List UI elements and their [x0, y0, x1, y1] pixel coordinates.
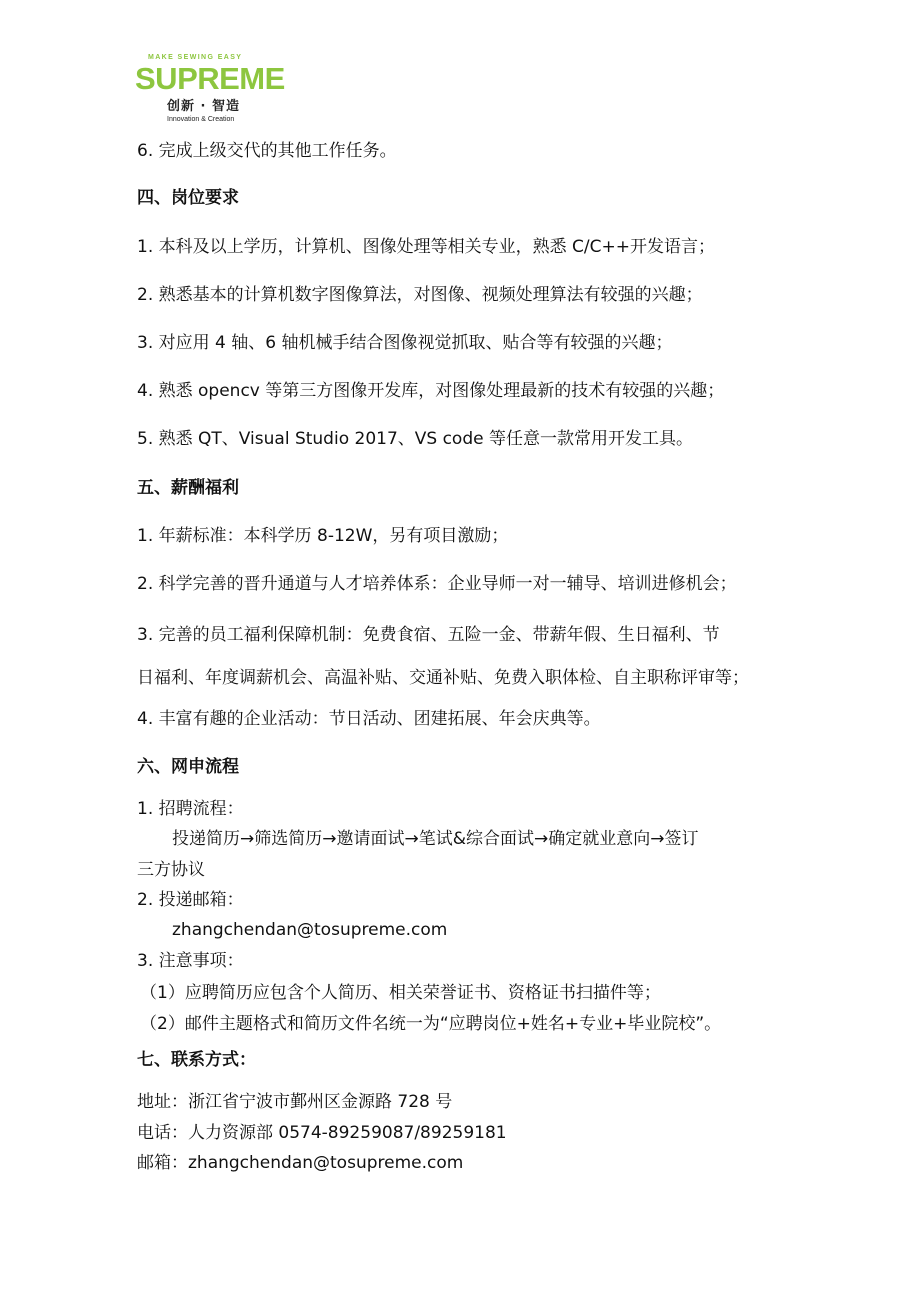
process-flow: 投递简历→筛选简历→邀请面试→笔试&综合面试→确定就业意向→签订	[172, 831, 698, 848]
process-flow-continued: 三方协议	[137, 862, 205, 879]
benefit-item: 1. 年薪标准：本科学历 8-12W，另有项目激励；	[137, 528, 508, 545]
contact-phone: 电话：人力资源部 0574-89259087/89259181	[137, 1125, 507, 1142]
logo-tagline: MAKE SEWING EASY	[148, 54, 242, 61]
contact-email[interactable]: 邮箱：zhangchendan@tosupreme.com	[137, 1155, 463, 1172]
contact-address: 地址：浙江省宁波市鄞州区金源路 728 号	[137, 1094, 452, 1111]
process-note: （2）邮件主题格式和简历文件名统一为“应聘岗位+姓名+专业+毕业院校”。	[140, 1016, 721, 1033]
benefit-item-continued: 日福利、年度调薪机会、高温补贴、交通补贴、免费入职体检、自主职称评审等；	[137, 670, 749, 687]
section-heading-process: 六、网申流程	[137, 759, 239, 776]
section-heading-contact: 七、联系方式：	[137, 1052, 256, 1069]
process-step-label: 3. 注意事项：	[137, 953, 244, 970]
requirement-item: 4. 熟悉 opencv 等第三方图像开发库，对图像处理最新的技术有较强的兴趣；	[137, 383, 724, 400]
section-heading-benefits: 五、薪酬福利	[137, 480, 239, 497]
process-step-label: 1. 招聘流程：	[137, 801, 244, 818]
requirement-item: 1. 本科及以上学历，计算机、图像处理等相关专业，熟悉 C/C++开发语言；	[137, 239, 715, 256]
process-note: （1）应聘简历应包含个人简历、相关荣誉证书、资格证书扫描件等；	[140, 985, 661, 1002]
application-email-link[interactable]: zhangchendan@tosupreme.com	[172, 922, 447, 939]
process-step-label: 2. 投递邮箱：	[137, 892, 244, 909]
duty-item-6: 6. 完成上级交代的其他工作任务。	[137, 143, 397, 160]
logo-cn-slogan: 创新 · 智造	[167, 100, 240, 113]
logo-en-slogan: Innovation & Creation	[167, 116, 234, 123]
benefit-item: 2. 科学完善的晋升通道与人才培养体系：企业导师一对一辅导、培训进修机会；	[137, 576, 737, 593]
requirement-item: 2. 熟悉基本的计算机数字图像算法，对图像、视频处理算法有较强的兴趣；	[137, 287, 703, 304]
logo-wordmark: SUPREME	[135, 63, 285, 94]
requirement-item: 5. 熟悉 QT、Visual Studio 2017、VS code 等任意一…	[137, 431, 693, 448]
benefit-item: 3. 完善的员工福利保障机制：免费食宿、五险一金、带薪年假、生日福利、节	[137, 627, 720, 644]
requirement-item: 3. 对应用 4 轴、6 轴机械手结合图像视觉抓取、贴合等有较强的兴趣；	[137, 335, 672, 352]
benefit-item: 4. 丰富有趣的企业活动：节日活动、团建拓展、年会庆典等。	[137, 711, 601, 728]
company-logo: MAKE SEWING EASY SUPREME 创新 · 智造 Innovat…	[135, 50, 285, 130]
section-heading-requirements: 四、岗位要求	[137, 190, 239, 207]
